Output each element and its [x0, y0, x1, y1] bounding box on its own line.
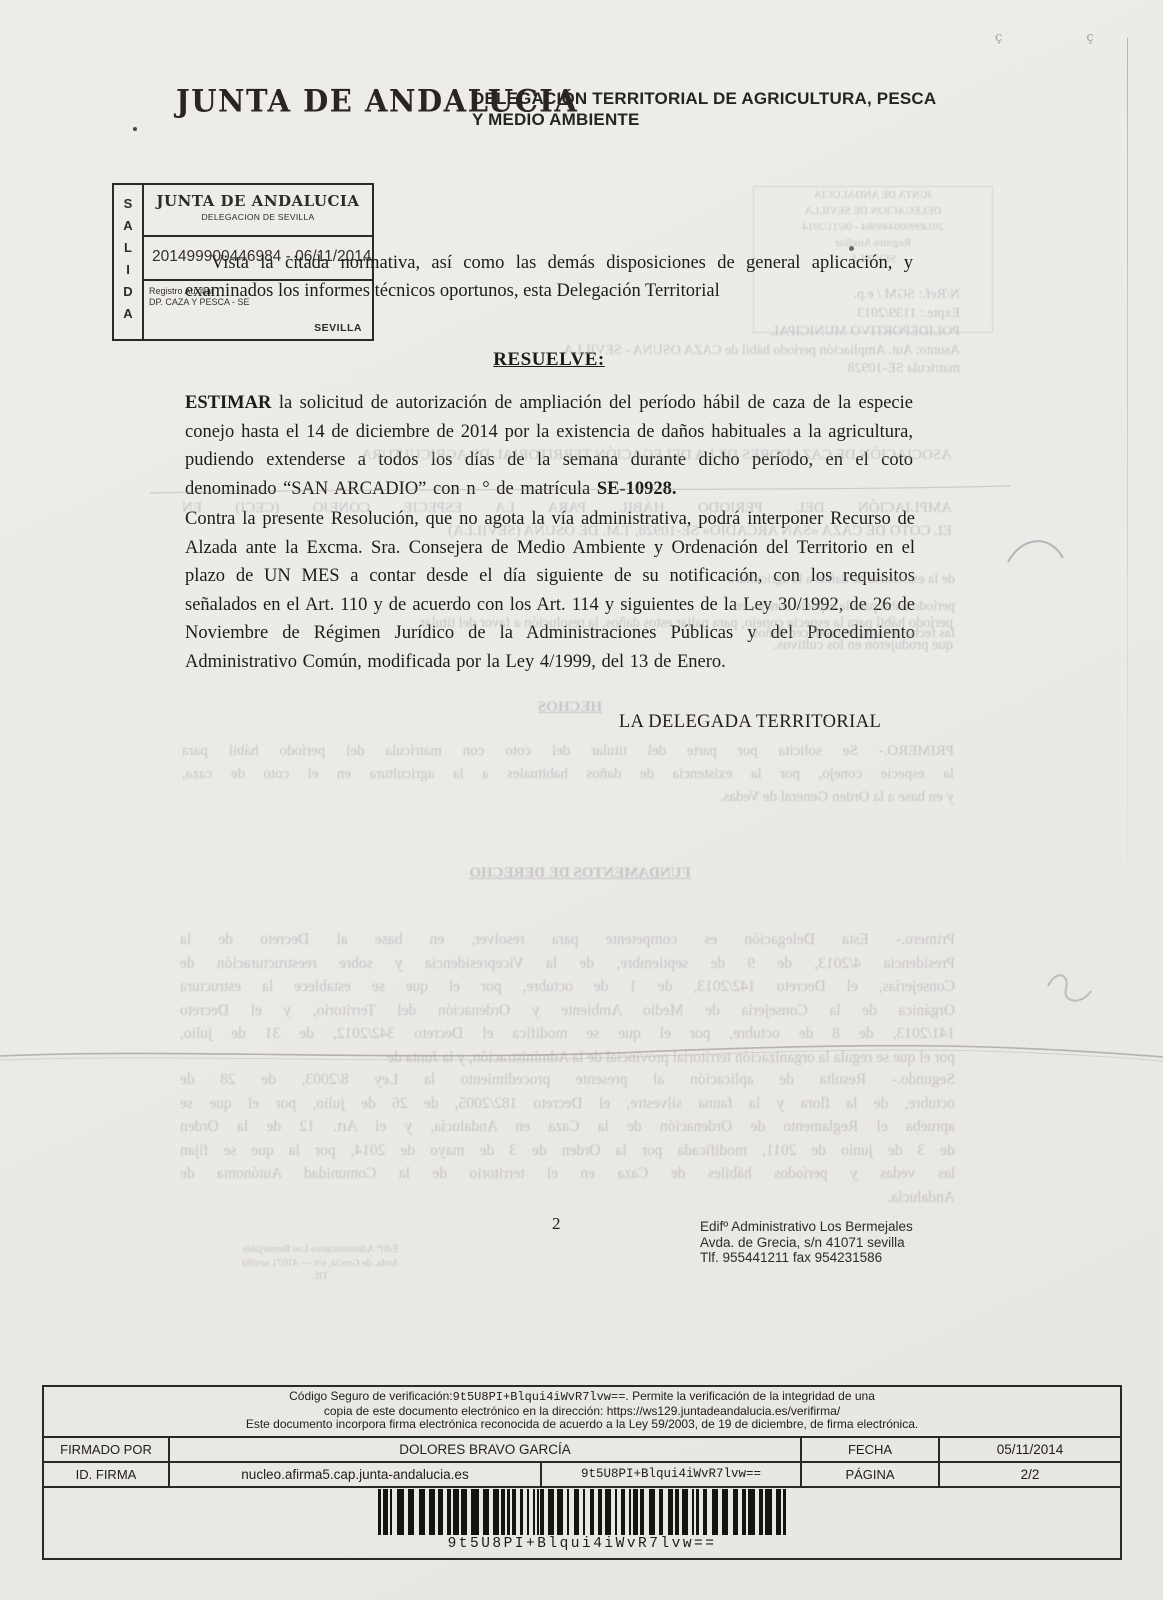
bleedthrough-line: JUNTA DE ANDALUCIA [754, 187, 992, 203]
paragraph-estimar: ESTIMAR la solicitud de autorización de … [185, 389, 913, 503]
office-address-line1: Edifº Administrativo Los Bermejales [700, 1219, 913, 1235]
bleedthrough-text-block: Segundo.- Resulta de aplicación al prese… [180, 1068, 955, 1209]
verification-header-line2: copia de este documento electrónico en l… [48, 1405, 1116, 1419]
page-number: 2 [552, 1214, 561, 1234]
barcode-cell: 9t5U8PI+Blqui4iWvR7lvw== [43, 1487, 1121, 1559]
estimar-matricula: SE-10928. [597, 479, 677, 499]
bleedthrough-line: FUNDAMENTOS DE DERECHO [360, 863, 800, 883]
stamp-org-name: JUNTA DE ANDALUCIA [144, 192, 372, 210]
bleedthrough-line: Tlf. [203, 1270, 438, 1284]
pen-mark-squiggle [1048, 975, 1091, 1000]
barcode [362, 1489, 802, 1535]
barcode-bar [397, 1489, 404, 1535]
department-title-line2: Y MEDIO AMBIENTE [472, 109, 936, 130]
verification-header-line1: Código Seguro de verificación:9t5U8PI+Bl… [48, 1390, 1116, 1405]
resuelve-heading: RESUELVE: [185, 349, 913, 371]
table-row-barcode: 9t5U8PI+Blqui4iWvR7lvw== [43, 1487, 1121, 1559]
verification-code-inline: 9t5U8PI+Blqui4iWvR7lvw== [453, 1390, 626, 1404]
paragraph-vista: Vista la citada normativa, así como las … [185, 250, 913, 305]
bleedthrough-line: por el que se regula la organización ter… [180, 1046, 955, 1070]
bleedthrough-line: Andalucía. [180, 1186, 955, 1210]
firmado-por-label: FIRMADO POR [43, 1437, 169, 1462]
bleedthrough-line: 201499900446984 - 06/11/2014 [754, 219, 992, 235]
bleedthrough-line: Presidencia 4/2013, de 9 de septiembre, … [180, 952, 955, 976]
verification-header-cell: Código Seguro de verificación:9t5U8PI+Bl… [43, 1386, 1121, 1437]
bleedthrough-line: Registro Auxiliar [754, 235, 992, 251]
office-address-line2: Avda. de Grecia, s/n 41071 sevilla [700, 1235, 913, 1251]
barcode-bar [783, 1489, 786, 1535]
stamp-salida-column: SALIDA [114, 185, 144, 339]
bleedthrough-line: DELEGACION DE SEVILLA [754, 203, 992, 219]
bleedthrough-line: octubre, de la flora y la fauna silvestr… [180, 1092, 955, 1116]
id-firma-label: ID. FIRMA [43, 1462, 169, 1487]
resuelve-heading-text: RESUELVE: [493, 349, 605, 370]
bleedthrough-line: Primero.- Esta Delegación es competente … [180, 928, 955, 952]
bleedthrough-text-block: PRIMERO.- Se solicita por parte del titu… [182, 740, 954, 809]
estimar-body-text: la solicitud de autorización de ampliaci… [185, 393, 913, 499]
stamp-org-section: JUNTA DE ANDALUCIA DELEGACION DE SEVILLA [144, 185, 372, 237]
stamp-salida-label: SALIDA [121, 196, 136, 328]
fecha-label: FECHA [801, 1437, 939, 1462]
crease-line [0, 1046, 1163, 1057]
office-address-block: Edifº Administrativo Los Bermejales Avda… [700, 1219, 913, 1266]
bleedthrough-line: 141/2013, de 8 de octubre, por el que se… [180, 1022, 955, 1046]
department-title-line1: DELEGACIÓN TERRITORIAL DE AGRICULTURA, P… [472, 88, 936, 109]
table-row-firmado: FIRMADO POR DOLORES BRAVO GARCÍA FECHA 0… [43, 1437, 1121, 1462]
bleedthrough-line: PRIMERO.- Se solicita por parte del titu… [182, 740, 954, 763]
barcode-bar [471, 1489, 478, 1535]
paragraph-recurso: Contra la presente Resolución, que no ag… [185, 505, 915, 676]
bleedthrough-text-block: FUNDAMENTOS DE DERECHO [360, 863, 800, 883]
signature-title: LA DELEGADA TERRITORIAL [520, 712, 980, 733]
stamp-city: SEVILLA [314, 322, 362, 334]
bleedthrough-line: las vedas y períodos hábiles de Caza en … [180, 1162, 955, 1186]
fecha-value: 05/11/2014 [939, 1437, 1121, 1462]
pagina-label: PÁGINA [801, 1462, 939, 1487]
bleedthrough-text-block: Edifº Administrativo Los BermejalesAvda.… [203, 1243, 438, 1284]
bleedthrough-line: de 3 de junio de 2011, modificada por la… [180, 1139, 955, 1163]
office-address-line3: Tlf. 955441211 fax 954231586 [700, 1250, 913, 1266]
bleedthrough-line: y en base a la Orden General de Vedas. [182, 786, 954, 809]
department-title: DELEGACIÓN TERRITORIAL DE AGRICULTURA, P… [472, 88, 936, 130]
bleedthrough-line: Edifº Administrativo Los Bermejales [203, 1243, 438, 1257]
bleedthrough-line: Avda. de Grecia, s/n — 41071 sevilla [203, 1257, 438, 1271]
stamp-suborg-name: DELEGACION DE SEVILLA [144, 212, 372, 222]
pen-mark-arc [1008, 541, 1063, 562]
bleedthrough-line: Segundo.- Resulta de aplicación al prese… [180, 1068, 955, 1092]
scanned-document-page: JUNTA DE ANDALUCIADELEGACION DE SEVILLA2… [0, 0, 1163, 1600]
ink-dot-small [133, 127, 137, 131]
crease-line-shadow [0, 1050, 1163, 1061]
bleedthrough-line: POLIDEPORTIVO MUNICIPAL [545, 323, 960, 342]
scan-edge-line [1127, 38, 1128, 938]
estimar-keyword: ESTIMAR [185, 393, 271, 413]
table-row-idfirma: ID. FIRMA nucleo.afirma5.cap.junta-andal… [43, 1462, 1121, 1487]
bleedthrough-line: aprueba el Reglamento de Ordenación de l… [180, 1115, 955, 1139]
signature-verification-table: Código Seguro de verificación:9t5U8PI+Bl… [42, 1385, 1122, 1560]
id-firma-code: 9t5U8PI+Blqui4iWvR7lvw== [541, 1462, 801, 1487]
barcode-bar [765, 1489, 772, 1535]
bleedthrough-line: Consejerías, el Decreto 142/2013, de 1 d… [180, 975, 955, 999]
bleedthrough-line: Orgánica de la Consejería de Medio Ambie… [180, 999, 955, 1023]
verification-header-line3: Este documento incorpora firma electróni… [48, 1418, 1116, 1432]
barcode-bar [748, 1489, 755, 1535]
id-firma-value: nucleo.afirma5.cap.junta-andalucia.es [169, 1462, 541, 1487]
barcode-caption: 9t5U8PI+Blqui4iWvR7lvw== [44, 1536, 1120, 1552]
bleedthrough-text-block: Primero.- Esta Delegación es competente … [180, 928, 955, 1069]
bleedthrough-line: Expte.: 1139/2013 [545, 305, 960, 324]
firmado-por-value: DOLORES BRAVO GARCÍA [169, 1437, 801, 1462]
pagina-value: 2/2 [939, 1462, 1121, 1487]
scan-speck-marks: ç ç [995, 30, 1134, 45]
bleedthrough-line: la especie conejo, por la existencia de … [182, 763, 954, 786]
